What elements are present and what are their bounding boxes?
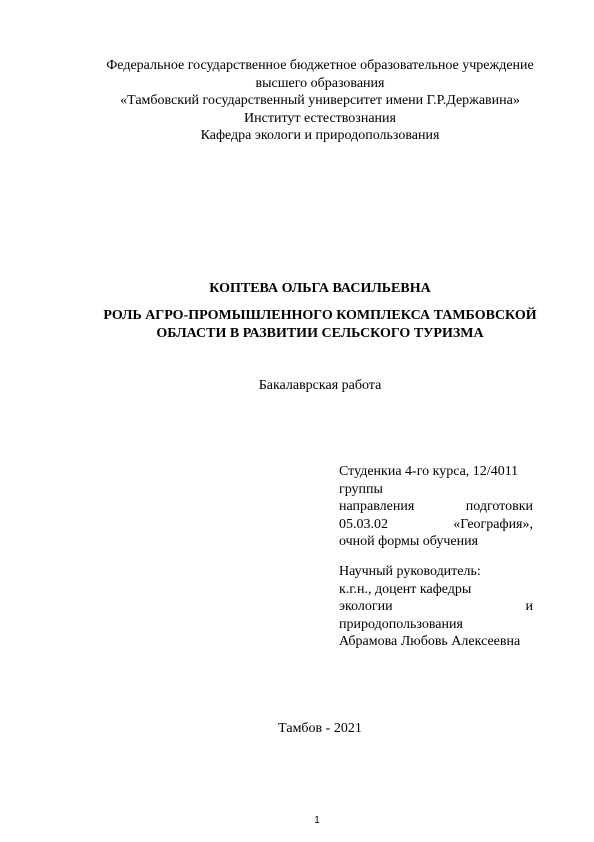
- student-info-line-3: направления подготовки: [339, 498, 533, 516]
- supervisor-info-line-3: экологии и: [339, 598, 533, 616]
- student-info-line-2: группы: [339, 481, 533, 499]
- header-line-education-level: высшего образования: [60, 75, 580, 93]
- student-info-line-5: очной формы обучения: [339, 533, 533, 551]
- page-number: 1: [300, 815, 334, 827]
- thesis-title-line-2: ОБЛАСТИ В РАЗВИТИИ СЕЛЬСКОГО ТУРИЗМА: [60, 325, 580, 343]
- student-info-line-4-left: 05.03.02: [339, 516, 388, 534]
- header-line-federal: Федеральное государственное бюджетное об…: [60, 57, 580, 75]
- thesis-title-line-1: РОЛЬ АГРО-ПРОМЫШЛЕННОГО КОМПЛЕКСА ТАМБОВ…: [60, 307, 580, 325]
- student-info-line-3-right: подготовки: [466, 498, 533, 516]
- student-info-line-1: Студенкиа 4-го курса, 12/4011: [339, 463, 533, 481]
- document-page: Федеральное государственное бюджетное об…: [0, 0, 594, 842]
- author-name: КОПТЕВА ОЛЬГА ВАСИЛЬЕВНА: [60, 280, 580, 298]
- supervisor-info-line-1: Научный руководитель:: [339, 563, 533, 581]
- student-info-line-4: 05.03.02 «География»,: [339, 516, 533, 534]
- supervisor-info-line-3-left: экологии: [339, 598, 393, 616]
- work-type: Бакалаврская работа: [60, 377, 580, 395]
- supervisor-info-line-2: к.г.н., доцент кафедры: [339, 581, 533, 599]
- student-info: Студенкиа 4-го курса, 12/4011 группы нап…: [339, 463, 533, 551]
- header-line-department: Кафедра экологи и природопользования: [60, 127, 580, 145]
- supervisor-info-line-4: природопользования: [339, 616, 533, 634]
- supervisor-info: Научный руководитель: к.г.н., доцент каф…: [339, 563, 533, 651]
- city-year: Тамбов - 2021: [60, 720, 580, 738]
- supervisor-info-line-3-right: и: [526, 598, 534, 616]
- institution-header: Федеральное государственное бюджетное об…: [60, 57, 580, 145]
- thesis-title: РОЛЬ АГРО-ПРОМЫШЛЕННОГО КОМПЛЕКСА ТАМБОВ…: [60, 307, 580, 343]
- student-info-line-3-left: направления: [339, 498, 414, 516]
- supervisor-name: Абрамова Любовь Алексеевна: [339, 633, 533, 651]
- header-line-institute: Институт естествознания: [60, 110, 580, 128]
- header-line-university: «Тамбовский государственный университет …: [60, 92, 580, 110]
- student-info-line-4-right: «География»,: [453, 516, 533, 534]
